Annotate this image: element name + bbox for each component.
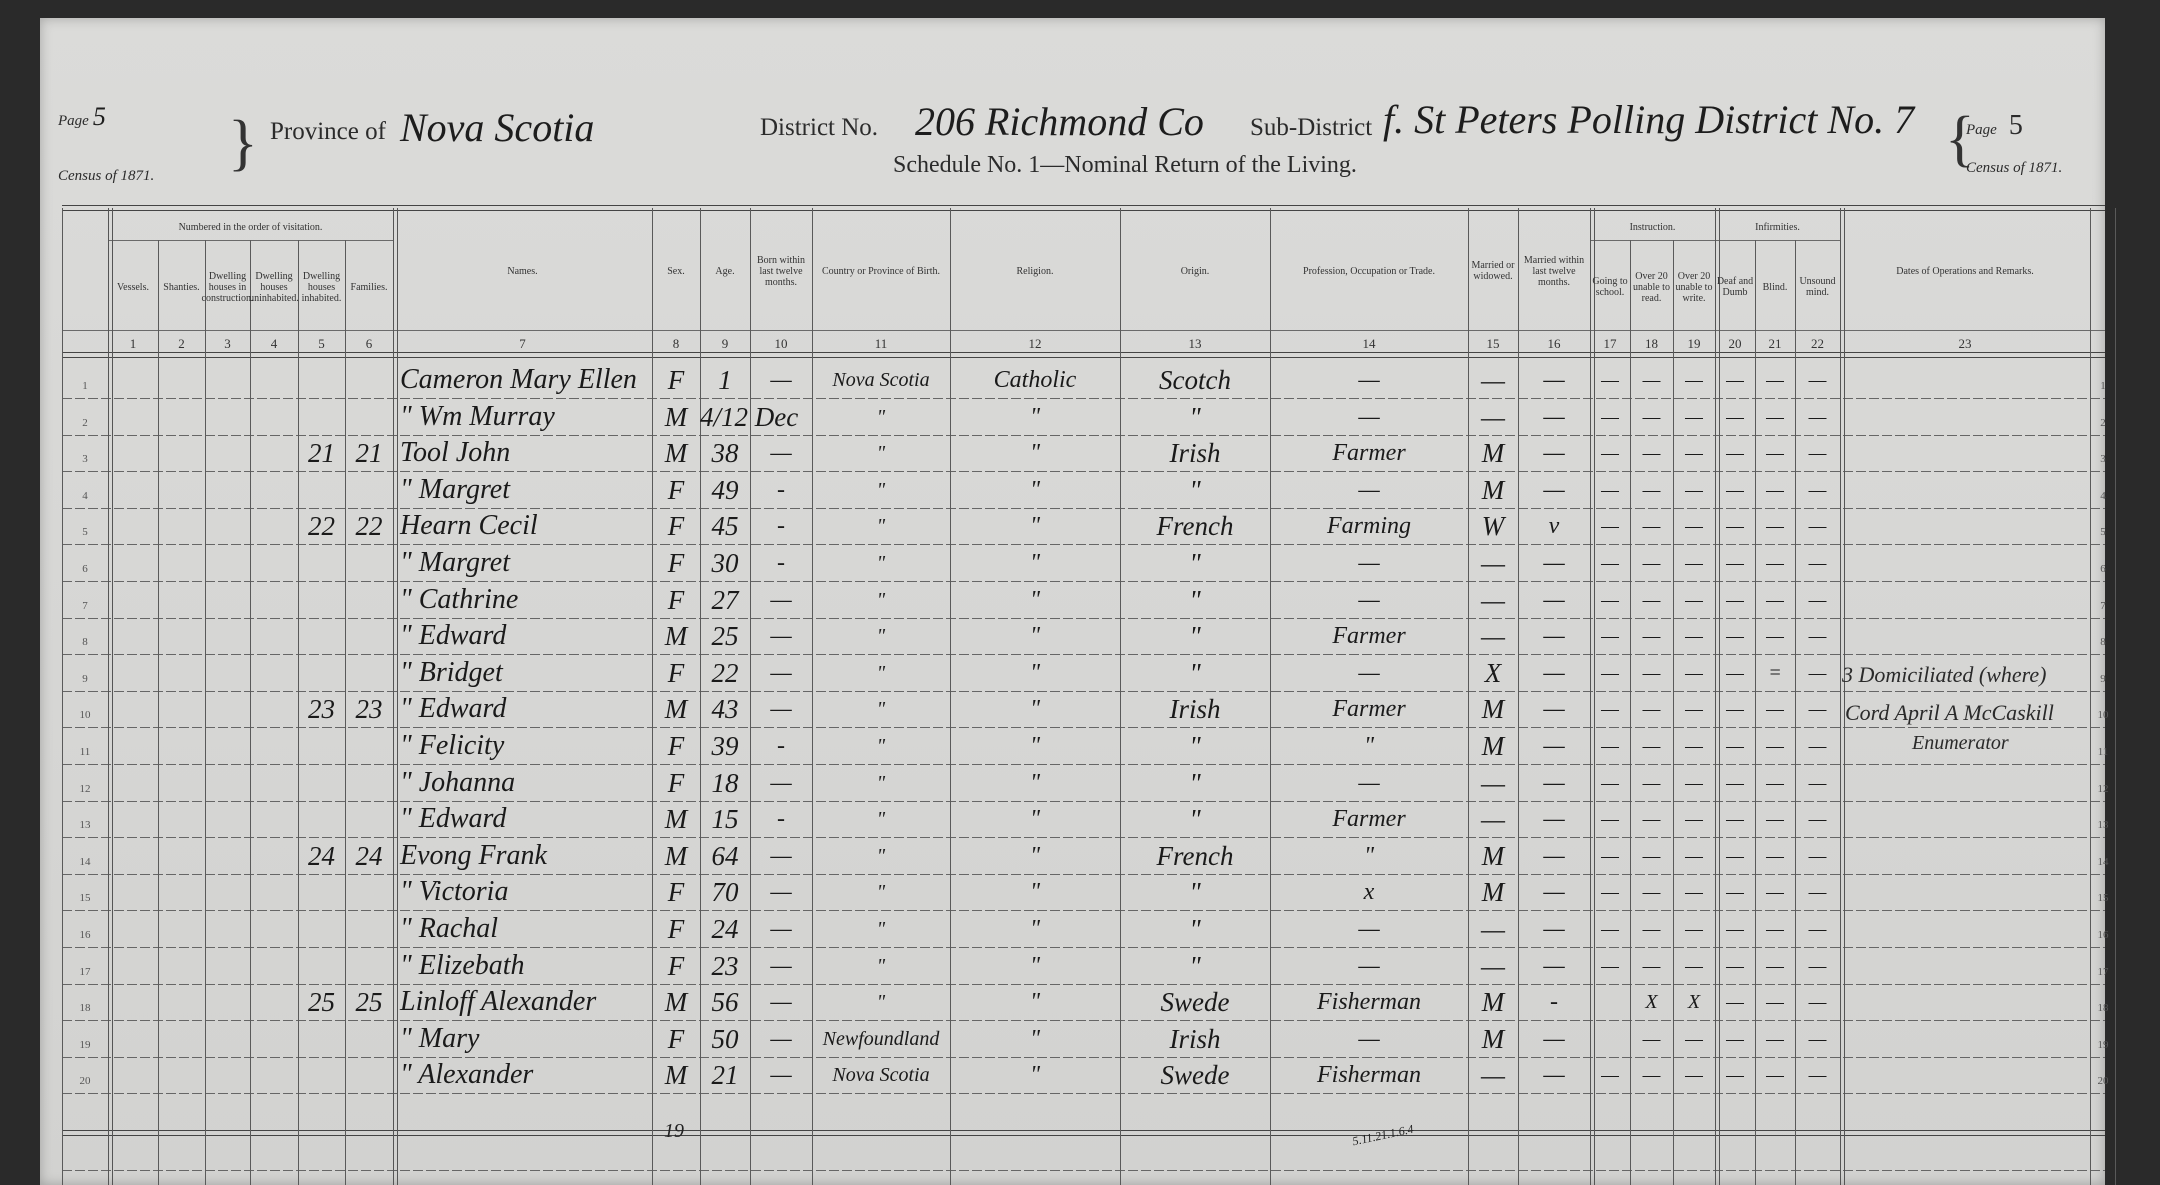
cell-family xyxy=(345,874,393,910)
cell-c21: — xyxy=(1755,765,1795,801)
cell-sex: F xyxy=(652,1021,700,1057)
cell-c18: — xyxy=(1630,655,1673,691)
cell-family xyxy=(345,399,393,435)
cell-family xyxy=(345,618,393,654)
cell-origin: " xyxy=(1120,618,1270,654)
grid-column-rule xyxy=(250,240,251,1185)
cell-religion: " xyxy=(950,582,1120,618)
cell-birth: " xyxy=(812,874,950,910)
page-number-right: 5 xyxy=(2009,110,2023,141)
cell-c17: — xyxy=(1590,948,1630,984)
grid-rule xyxy=(62,1170,2105,1171)
cell-born: — xyxy=(750,1021,812,1057)
cell-sex: M xyxy=(652,984,700,1020)
cell-born: — xyxy=(750,582,812,618)
cell-sex: F xyxy=(652,765,700,801)
cell-age: 24 xyxy=(700,911,750,947)
cell-dwelling xyxy=(298,362,345,398)
cell-dwelling xyxy=(298,948,345,984)
cell-c19: — xyxy=(1673,655,1715,691)
cell-c20: — xyxy=(1715,362,1755,398)
cell-occupation: x xyxy=(1270,874,1468,910)
cell-age: 30 xyxy=(700,545,750,581)
cell-c20: — xyxy=(1715,1021,1755,1057)
cell-sex: M xyxy=(652,435,700,471)
cell-c21: — xyxy=(1755,911,1795,947)
cell-married-recent: — xyxy=(1518,399,1590,435)
row-number-right: 5 xyxy=(2088,526,2118,538)
cell-c18: X xyxy=(1630,984,1673,1020)
column-header-5: Dwelling houses inhabited. xyxy=(298,244,345,330)
cell-sex: F xyxy=(652,874,700,910)
cell-married-recent: — xyxy=(1518,1057,1590,1093)
cell-born: — xyxy=(750,765,812,801)
cell-occupation: " xyxy=(1270,838,1468,874)
cell-family xyxy=(345,1021,393,1057)
cell-c19: — xyxy=(1673,838,1715,874)
cell-birth: " xyxy=(812,691,950,727)
cell-name: " Johanna xyxy=(400,765,652,801)
cell-c17: — xyxy=(1590,765,1630,801)
cell-c22: — xyxy=(1795,838,1840,874)
column-number-19: 19 xyxy=(1673,335,1715,353)
district-label: District No. xyxy=(760,114,878,142)
cell-married-recent: — xyxy=(1518,472,1590,508)
cell-c21: — xyxy=(1755,691,1795,727)
cell-dwelling: 22 xyxy=(298,508,345,544)
cell-c19: — xyxy=(1673,765,1715,801)
row-number-right: 8 xyxy=(2088,636,2118,648)
row-number-left: 3 xyxy=(70,453,100,465)
cell-age: 23 xyxy=(700,948,750,984)
cell-age: 21 xyxy=(700,1057,750,1093)
row-number-left: 6 xyxy=(70,563,100,575)
row-number-right: 11 xyxy=(2088,746,2118,758)
cell-occupation: — xyxy=(1270,1021,1468,1057)
cell-sex: F xyxy=(652,728,700,764)
cell-c17: — xyxy=(1590,472,1630,508)
cell-married: X xyxy=(1468,655,1518,691)
cell-c18: — xyxy=(1630,582,1673,618)
cell-age: 70 xyxy=(700,874,750,910)
cell-origin: French xyxy=(1120,508,1270,544)
cell-sex: F xyxy=(652,545,700,581)
column-header-9: Age. xyxy=(700,212,750,330)
cell-c19: — xyxy=(1673,582,1715,618)
cell-c21: — xyxy=(1755,1057,1795,1093)
grid-rule xyxy=(62,1093,2105,1094)
column-header-22: Unsound mind. xyxy=(1795,244,1840,330)
cell-religion: " xyxy=(950,691,1120,727)
cell-c18: — xyxy=(1630,728,1673,764)
sex-tally: 19 xyxy=(664,1120,684,1143)
page-label-text: Page xyxy=(1966,122,1997,138)
cell-married-recent: — xyxy=(1518,728,1590,764)
column-number-10: 10 xyxy=(750,335,812,353)
cell-origin: " xyxy=(1120,874,1270,910)
cell-religion: " xyxy=(950,508,1120,544)
cell-family xyxy=(345,655,393,691)
grid-column-rule xyxy=(158,240,159,1185)
column-header-14: Profession, Occupation or Trade. xyxy=(1270,212,1468,330)
cell-c18: — xyxy=(1630,1021,1673,1057)
cell-age: 38 xyxy=(700,435,750,471)
cell-occupation: — xyxy=(1270,472,1468,508)
cell-occupation: — xyxy=(1270,948,1468,984)
cell-name: " Bridget xyxy=(400,655,652,691)
cell-c19: — xyxy=(1673,874,1715,910)
column-number-5: 5 xyxy=(298,335,345,353)
cell-c18: — xyxy=(1630,545,1673,581)
cell-occupation: Fisherman xyxy=(1270,984,1468,1020)
cell-family xyxy=(345,472,393,508)
cell-c17: — xyxy=(1590,874,1630,910)
cell-c19: — xyxy=(1673,399,1715,435)
cell-name: Linloff Alexander xyxy=(400,984,652,1020)
cell-occupation: — xyxy=(1270,765,1468,801)
row-number-left: 14 xyxy=(70,856,100,868)
column-number-14: 14 xyxy=(1270,335,1468,353)
column-header-20: Deaf and Dumb xyxy=(1715,244,1755,330)
column-number-9: 9 xyxy=(700,335,750,353)
cell-c17: — xyxy=(1590,911,1630,947)
column-header-23: Dates of Operations and Remarks. xyxy=(1840,212,2090,330)
cell-age: 50 xyxy=(700,1021,750,1057)
cell-c19: — xyxy=(1673,545,1715,581)
group-header-visitation: Numbered in the order of visitation. xyxy=(108,214,393,240)
cell-family xyxy=(345,545,393,581)
cell-c22: — xyxy=(1795,1021,1840,1057)
row-number-left: 16 xyxy=(70,929,100,941)
cell-c19: — xyxy=(1673,362,1715,398)
cell-c19: X xyxy=(1673,984,1715,1020)
cell-c18: — xyxy=(1630,691,1673,727)
cell-married-recent: — xyxy=(1518,948,1590,984)
cell-name: " Felicity xyxy=(400,728,652,764)
cell-family xyxy=(345,948,393,984)
cell-married: — xyxy=(1468,765,1518,801)
cell-religion: " xyxy=(950,545,1120,581)
cell-married: — xyxy=(1468,362,1518,398)
column-header-11: Country or Province of Birth. xyxy=(812,212,950,330)
cell-c17 xyxy=(1590,984,1630,1020)
page-number-left: 5 xyxy=(93,102,106,131)
subdistrict-value: f. St Peters Polling District No. 7 xyxy=(1383,96,1914,143)
cell-religion: " xyxy=(950,399,1120,435)
cell-sex: M xyxy=(652,691,700,727)
cell-c21: — xyxy=(1755,948,1795,984)
cell-dwelling: 25 xyxy=(298,984,345,1020)
cell-sex: F xyxy=(652,948,700,984)
cell-c19: — xyxy=(1673,1057,1715,1093)
cell-c20: — xyxy=(1715,728,1755,764)
cell-name: " Rachal xyxy=(400,911,652,947)
cell-born: — xyxy=(750,874,812,910)
cell-origin: " xyxy=(1120,911,1270,947)
cell-c21: — xyxy=(1755,399,1795,435)
cell-c20: — xyxy=(1715,655,1755,691)
cell-religion: " xyxy=(950,1057,1120,1093)
cell-family: 23 xyxy=(345,691,393,727)
cell-c17: — xyxy=(1590,801,1630,837)
grid-rule xyxy=(62,205,2105,211)
cell-sex: F xyxy=(652,655,700,691)
cell-born: — xyxy=(750,435,812,471)
cell-c19: — xyxy=(1673,691,1715,727)
cell-origin: " xyxy=(1120,801,1270,837)
cell-religion: " xyxy=(950,765,1120,801)
cell-sex: M xyxy=(652,399,700,435)
cell-c22: — xyxy=(1795,728,1840,764)
row-number-right: 2 xyxy=(2088,417,2118,429)
cell-married: — xyxy=(1468,618,1518,654)
cell-birth: " xyxy=(812,618,950,654)
cell-c19: — xyxy=(1673,728,1715,764)
column-number-2: 2 xyxy=(158,335,205,353)
cell-origin: Swede xyxy=(1120,1057,1270,1093)
column-header-17: Going to school. xyxy=(1590,244,1630,330)
cell-name: " Edward xyxy=(400,691,652,727)
column-number-23: 23 xyxy=(1840,335,2090,353)
cell-dwelling xyxy=(298,1021,345,1057)
cell-birth: Newfoundland xyxy=(812,1021,950,1057)
cell-occupation: — xyxy=(1270,911,1468,947)
cell-sex: M xyxy=(652,801,700,837)
row-number-right: 16 xyxy=(2088,929,2118,941)
column-header-18: Over 20 unable to read. xyxy=(1630,244,1673,330)
cell-c21: — xyxy=(1755,472,1795,508)
cell-married: M xyxy=(1468,838,1518,874)
page-label-text: Page xyxy=(58,113,89,129)
cell-married-recent: v xyxy=(1518,508,1590,544)
cell-origin: " xyxy=(1120,728,1270,764)
cell-name: " Alexander xyxy=(400,1057,652,1093)
cell-c20: — xyxy=(1715,582,1755,618)
cell-c18: — xyxy=(1630,399,1673,435)
cell-married-recent: — xyxy=(1518,911,1590,947)
cell-c22: — xyxy=(1795,618,1840,654)
column-header-3: Dwelling houses in construction. xyxy=(205,244,250,330)
cell-dwelling xyxy=(298,399,345,435)
cell-age: 64 xyxy=(700,838,750,874)
cell-married: M xyxy=(1468,728,1518,764)
cell-c19: — xyxy=(1673,435,1715,471)
row-number-left: 4 xyxy=(70,490,100,502)
column-header-4: Dwelling houses uninhabited. xyxy=(250,244,298,330)
cell-c19: — xyxy=(1673,948,1715,984)
cell-c20: — xyxy=(1715,948,1755,984)
cell-name: " Cathrine xyxy=(400,582,652,618)
cell-birth: " xyxy=(812,545,950,581)
cell-age: 49 xyxy=(700,472,750,508)
cell-origin: " xyxy=(1120,399,1270,435)
cell-born: - xyxy=(750,801,812,837)
cell-religion: " xyxy=(950,874,1120,910)
cell-dwelling xyxy=(298,1057,345,1093)
grid-column-rule xyxy=(205,240,206,1185)
cell-occupation: Farming xyxy=(1270,508,1468,544)
cell-religion: " xyxy=(950,655,1120,691)
cell-c19: — xyxy=(1673,911,1715,947)
cell-born xyxy=(750,399,812,435)
brace-left: } xyxy=(228,112,258,174)
cell-occupation: Fisherman xyxy=(1270,1057,1468,1093)
cell-age: 18 xyxy=(700,765,750,801)
cell-family: 22 xyxy=(345,508,393,544)
row-number-left: 10 xyxy=(70,709,100,721)
cell-married: M xyxy=(1468,435,1518,471)
cell-occupation: " xyxy=(1270,728,1468,764)
grid-column-rule xyxy=(108,208,113,1185)
cell-c22: — xyxy=(1795,765,1840,801)
cell-married: M xyxy=(1468,874,1518,910)
cell-religion: " xyxy=(950,1021,1120,1057)
row-number-left: 20 xyxy=(70,1075,100,1087)
cell-c18: — xyxy=(1630,911,1673,947)
row-number-left: 11 xyxy=(70,746,100,758)
cell-c18: — xyxy=(1630,618,1673,654)
cell-c17 xyxy=(1590,1021,1630,1057)
cell-birth: Nova Scotia xyxy=(812,1057,950,1093)
cell-age: 4/12 Dec xyxy=(700,399,750,435)
cell-origin: " xyxy=(1120,948,1270,984)
row-number-right: 1 xyxy=(2088,380,2118,392)
cell-age: 22 xyxy=(700,655,750,691)
cell-origin: French xyxy=(1120,838,1270,874)
row-number-left: 7 xyxy=(70,600,100,612)
cell-name: Hearn Cecil xyxy=(400,508,652,544)
cell-married-recent: — xyxy=(1518,435,1590,471)
column-number-1: 1 xyxy=(108,335,158,353)
cell-birth: " xyxy=(812,655,950,691)
cell-birth: " xyxy=(812,435,950,471)
remark-line-3: Enumerator xyxy=(1912,732,2009,755)
row-number-right: 10 xyxy=(2088,709,2118,721)
remark-line-2: Cord April A McCaskill xyxy=(1845,700,2054,726)
cell-sex: F xyxy=(652,472,700,508)
cell-married: — xyxy=(1468,1057,1518,1093)
cell-occupation: Farmer xyxy=(1270,435,1468,471)
column-header-6: Families. xyxy=(345,244,393,330)
row-number-right: 19 xyxy=(2088,1039,2118,1051)
cell-age: 1 xyxy=(700,362,750,398)
cell-married: — xyxy=(1468,545,1518,581)
cell-religion: " xyxy=(950,618,1120,654)
cell-c20: — xyxy=(1715,618,1755,654)
cell-married: — xyxy=(1468,948,1518,984)
cell-age: 39 xyxy=(700,728,750,764)
cell-dwelling: 21 xyxy=(298,435,345,471)
cell-dwelling xyxy=(298,618,345,654)
grid-column-rule xyxy=(393,208,398,1185)
cell-religion: " xyxy=(950,984,1120,1020)
page-label-right: Page5 xyxy=(1966,110,2023,142)
row-number-left: 17 xyxy=(70,966,100,978)
row-number-left: 18 xyxy=(70,1002,100,1014)
cell-c18: — xyxy=(1630,1057,1673,1093)
cell-sex: M xyxy=(652,1057,700,1093)
cell-c22: — xyxy=(1795,472,1840,508)
cell-born: — xyxy=(750,984,812,1020)
row-number-left: 2 xyxy=(70,417,100,429)
column-number-22: 22 xyxy=(1795,335,1840,353)
cell-age: 25 xyxy=(700,618,750,654)
row-number-right: 4 xyxy=(2088,490,2118,502)
cell-c19: — xyxy=(1673,801,1715,837)
row-number-left: 1 xyxy=(70,380,100,392)
grid-column-rule xyxy=(62,208,63,1185)
cell-born: — xyxy=(750,618,812,654)
column-header-21: Blind. xyxy=(1755,244,1795,330)
grid-column-rule xyxy=(1840,208,1845,1185)
cell-c17: — xyxy=(1590,399,1630,435)
cell-c21: — xyxy=(1755,362,1795,398)
cell-family: 25 xyxy=(345,984,393,1020)
cell-c22: — xyxy=(1795,435,1840,471)
cell-origin: Swede xyxy=(1120,984,1270,1020)
cell-c17: — xyxy=(1590,618,1630,654)
cell-name: Evong Frank xyxy=(400,838,652,874)
cell-c20: — xyxy=(1715,472,1755,508)
cell-origin: " xyxy=(1120,472,1270,508)
group-header-infirmities: Infirmities. xyxy=(1715,214,1840,240)
cell-c21: — xyxy=(1755,838,1795,874)
column-number-16: 16 xyxy=(1518,335,1590,353)
cell-age: 43 xyxy=(700,691,750,727)
cell-birth: " xyxy=(812,984,950,1020)
province-label: Province of xyxy=(270,118,386,146)
column-number-13: 13 xyxy=(1120,335,1270,353)
cell-family xyxy=(345,1057,393,1093)
cell-dwelling xyxy=(298,655,345,691)
cell-religion: " xyxy=(950,838,1120,874)
cell-c20: — xyxy=(1715,545,1755,581)
cell-c21: = xyxy=(1755,655,1795,691)
cell-dwelling xyxy=(298,874,345,910)
cell-origin: Irish xyxy=(1120,1021,1270,1057)
cell-birth: " xyxy=(812,765,950,801)
cell-name: " Mary xyxy=(400,1021,652,1057)
cell-married: — xyxy=(1468,582,1518,618)
cell-age: 15 xyxy=(700,801,750,837)
cell-dwelling: 23 xyxy=(298,691,345,727)
cell-born: - xyxy=(750,472,812,508)
cell-c18: — xyxy=(1630,948,1673,984)
cell-married-recent: — xyxy=(1518,362,1590,398)
cell-c20: — xyxy=(1715,801,1755,837)
cell-c17: — xyxy=(1590,1057,1630,1093)
cell-c22: — xyxy=(1795,801,1840,837)
row-number-right: 20 xyxy=(2088,1075,2118,1087)
column-header-1: Vessels. xyxy=(108,244,158,330)
cell-c18: — xyxy=(1630,765,1673,801)
cell-born: — xyxy=(750,911,812,947)
cell-married-recent: — xyxy=(1518,655,1590,691)
cell-birth: " xyxy=(812,948,950,984)
cell-c22: — xyxy=(1795,545,1840,581)
cell-dwelling xyxy=(298,582,345,618)
column-number-11: 11 xyxy=(812,335,950,353)
cell-c22: — xyxy=(1795,691,1840,727)
column-number-18: 18 xyxy=(1630,335,1673,353)
cell-occupation: Farmer xyxy=(1270,618,1468,654)
cell-born: — xyxy=(750,1057,812,1093)
remark-line-1: 3 Domiciliated (where) xyxy=(1842,662,2046,688)
row-number-left: 5 xyxy=(70,526,100,538)
cell-c22: — xyxy=(1795,399,1840,435)
cell-name: " Edward xyxy=(400,801,652,837)
row-number-left: 9 xyxy=(70,673,100,685)
